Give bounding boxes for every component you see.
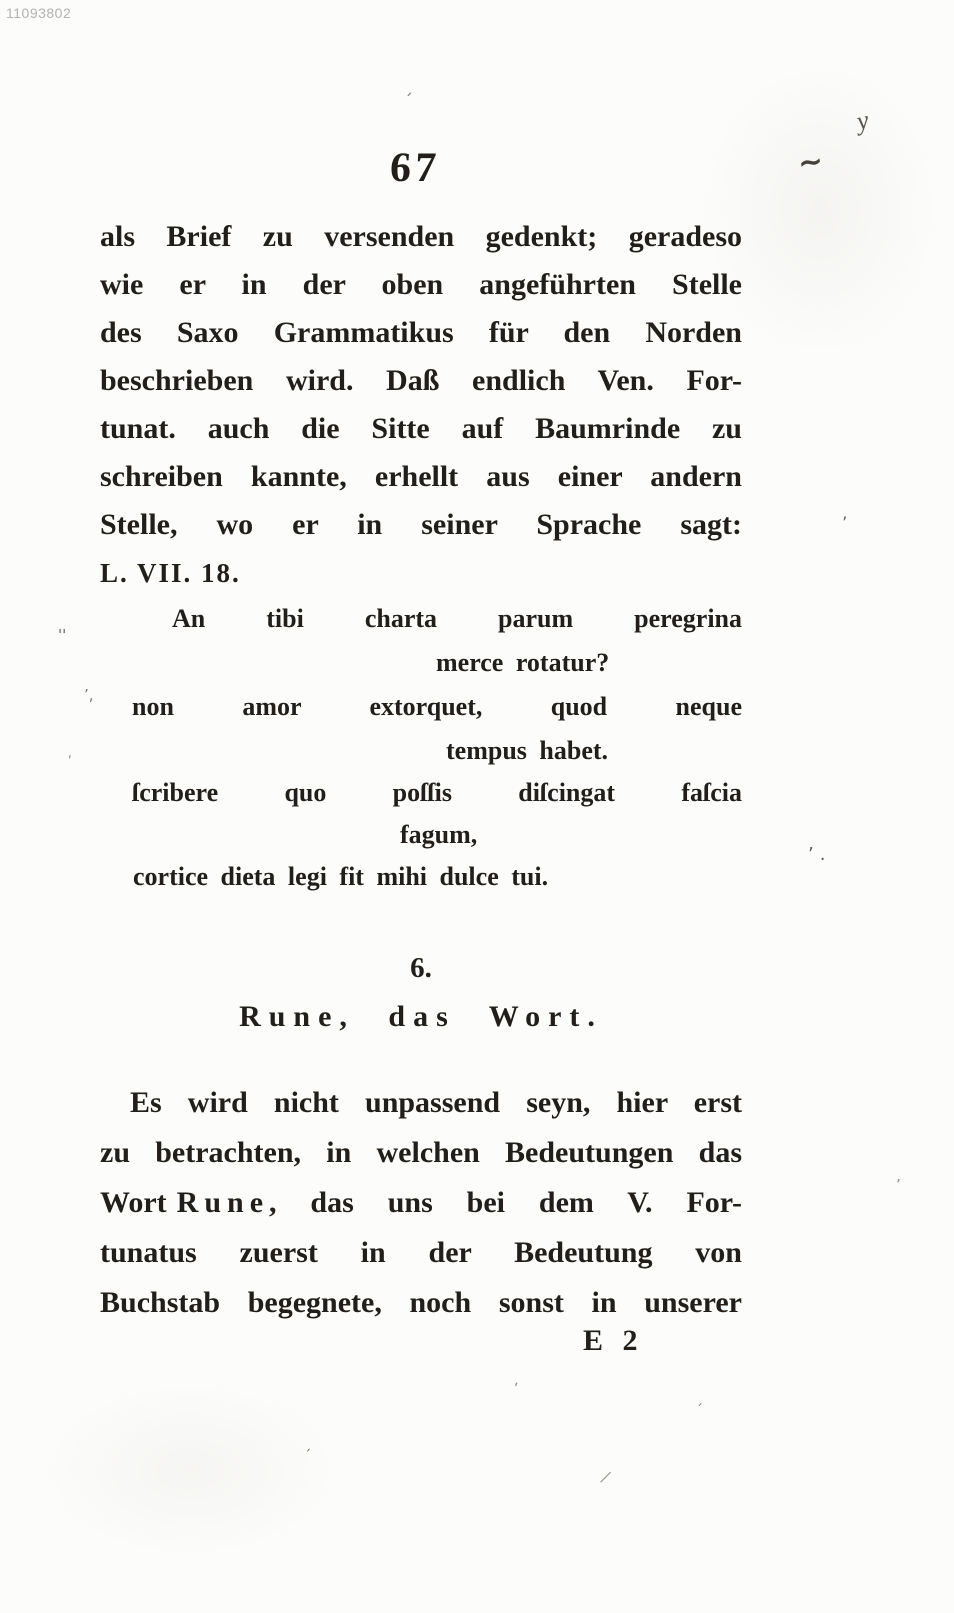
- scan-smudge: [700, 60, 940, 360]
- ink-speck: y: [854, 107, 871, 135]
- page-number: 67: [99, 144, 732, 192]
- emphasized-word-rune: Rune: [177, 1186, 269, 1219]
- citation-reference: L. VII. 18.: [100, 558, 742, 589]
- text-line: zu betrachten, in welchen Bedeutungen da…: [100, 1136, 742, 1170]
- ink-speck: ’: [842, 516, 847, 533]
- signature-mark: E 2: [583, 1324, 644, 1358]
- text-line: WortRune, das uns bei dem V. For-: [100, 1186, 742, 1220]
- verse-line: ſcribere quo poſſis diſcingat faſcia: [100, 778, 742, 808]
- text-line: tunatus zuerst in der Bedeutung von: [100, 1236, 742, 1270]
- section-title: Rune, das Wort.: [100, 1000, 742, 1034]
- verse-line: cortice dieta legi fit mihi dulce tui.: [133, 862, 775, 892]
- verse-line: fagum,: [400, 820, 954, 850]
- verse-line: tempus habet.: [446, 736, 954, 766]
- ink-speck: ʼ,: [84, 688, 94, 703]
- text-line: schreiben kannte, erhellt aus einer ande…: [100, 460, 742, 494]
- text-line: als Brief zu versenden gedenkt; geradeso: [100, 220, 742, 254]
- ink-speck: ˏ: [304, 1436, 312, 1451]
- text-line: Buchstab begegnete, noch sonst in unsere…: [100, 1286, 742, 1320]
- book-page-scan: 11093802 67 als Brief zu versenden geden…: [0, 0, 954, 1613]
- scan-id-label: 11093802: [6, 5, 71, 21]
- text-fragment: Wort: [100, 1186, 167, 1219]
- ink-speck: ʼ: [514, 1382, 518, 1396]
- verse-line: non amor extorquet, quod neque: [100, 692, 742, 722]
- text-line: des Saxo Grammatikus für den Norden: [100, 316, 742, 350]
- ink-speck: ʹ: [68, 756, 72, 769]
- verse-line: merce rotatur?: [436, 648, 954, 678]
- text-line: beschrieben wird. Daß endlich Ven. For-: [100, 364, 742, 398]
- text-line: Stelle, wo er in seiner Sprache sagt:: [100, 508, 742, 542]
- ink-speck: ˊ: [696, 1404, 703, 1418]
- scan-smudge: [40, 1380, 340, 1560]
- ink-speck: ˏ: [404, 78, 413, 96]
- ink-speck: '': [58, 628, 66, 643]
- text-line: Es wird nicht unpassend seyn, hier erst: [100, 1086, 742, 1120]
- verse-line: An tibi charta parum peregrina: [100, 604, 742, 634]
- section-number: 6.: [100, 952, 742, 985]
- text-fragment: , das uns bei dem V. For-: [269, 1186, 742, 1219]
- ink-speck: ’: [896, 1178, 901, 1193]
- text-line: wie er in der oben angeführten Stelle: [100, 268, 742, 302]
- ink-speck: ⁄: [602, 1470, 608, 1486]
- ink-speck: ~: [796, 146, 825, 179]
- text-line: tunat. auch die Sitte auf Baumrinde zu: [100, 412, 742, 446]
